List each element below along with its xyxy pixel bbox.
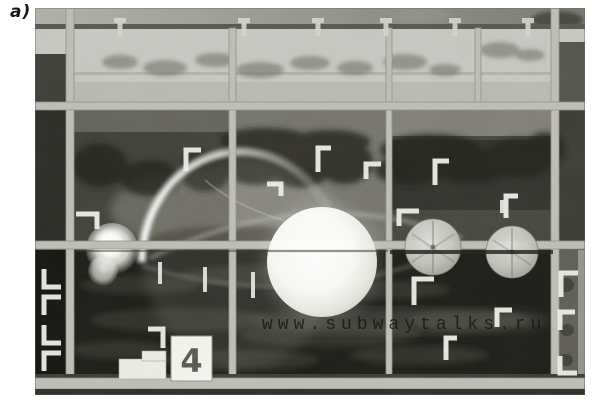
figure-label: a) [10, 2, 31, 22]
film-grain-fine [35, 8, 585, 395]
experiment-photo: 4 www.subwaytalks.ru [0, 0, 600, 407]
figure-page: a) [0, 0, 600, 407]
watermark-text: www.subwaytalks.ru [262, 315, 546, 335]
